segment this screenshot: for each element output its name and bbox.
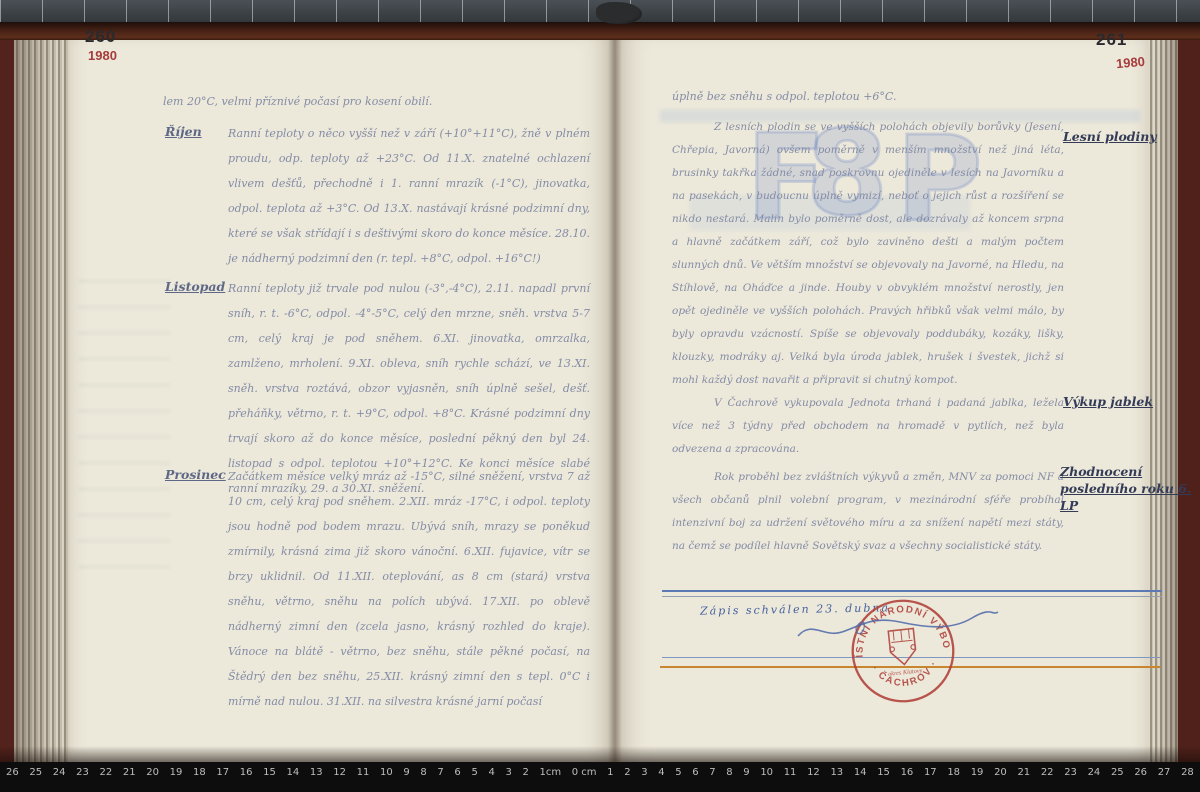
ruler-number: 7 (709, 767, 715, 778)
ruler-number: 17 (216, 767, 229, 778)
right-intro-line: úplně bez sněhu s odpol. teplotou +6°C. (672, 90, 896, 103)
page-bottom-shadow (0, 746, 1200, 762)
binder-clip (596, 2, 642, 24)
margin-heading-year-summary: Zhodnocení posledního roku 6. LP (1060, 463, 1194, 514)
book-gutter-shadow (608, 36, 622, 762)
ruler-number: 4 (488, 767, 494, 778)
right-page-number: 261 (1096, 30, 1127, 50)
left-page-year: 1980 (88, 48, 117, 63)
ruler-number: 10 (380, 767, 393, 778)
ruler-number: 8 (420, 767, 426, 778)
ruler-number: 19 (971, 767, 984, 778)
ruler-number: 16 (240, 767, 253, 778)
ruler-number: 20 (994, 767, 1007, 778)
section-text-october: Ranní teploty o něco vyšší než v září (+… (228, 121, 590, 271)
ruler-number: 8 (726, 767, 732, 778)
ruler-number: 11 (357, 767, 370, 778)
ruler-number: 5 (675, 767, 681, 778)
signature (792, 606, 1002, 650)
ruler-number: 15 (877, 767, 890, 778)
ruler-number: 20 (146, 767, 159, 778)
ruler-number: 21 (123, 767, 136, 778)
ruler-number: 3 (641, 767, 647, 778)
ruler-number: 4 (658, 767, 664, 778)
ruler-number: 13 (830, 767, 843, 778)
ruler-number: 7 (437, 767, 443, 778)
paragraph-year-summary: Rok proběhl bez zvláštních výkyvů a změn… (672, 466, 1064, 558)
ruler-number: 11 (784, 767, 797, 778)
section-text-december: Začátkem měsíce velký mráz až -15°C, sil… (228, 464, 590, 714)
ruler-number: 9 (403, 767, 409, 778)
ruler-number: 6 (454, 767, 460, 778)
ruler-number: 22 (1041, 767, 1054, 778)
ruler-number: 9 (743, 767, 749, 778)
ruler-number: 27 (1158, 767, 1171, 778)
ruler-number: 1cm (540, 767, 562, 778)
ruler-number: 5 (471, 767, 477, 778)
ruler-number: 25 (29, 767, 42, 778)
ruler-number: 13 (310, 767, 323, 778)
paragraph-apple-purchase: V Čachrově vykupovala Jednota trhaná i p… (672, 392, 1064, 461)
section-label-december: Prosinec (165, 467, 226, 482)
left-book-cover (0, 0, 14, 792)
bottom-ruler: 2625242322212019181716151413121110987654… (0, 762, 1200, 792)
ruler-number: 21 (1017, 767, 1030, 778)
ruler-number: 6 (692, 767, 698, 778)
ruler-number: 22 (100, 767, 113, 778)
ruler-number: 23 (1064, 767, 1077, 778)
ruler-number: 26 (1134, 767, 1147, 778)
book-scan-photo: F 8 P 260 1980 lem 20°C, velmi příznivé … (0, 0, 1200, 792)
section-label-october: Říjen (165, 124, 202, 139)
ruler-number: 1 (607, 767, 613, 778)
ruler-number: 24 (1088, 767, 1101, 778)
margin-heading-apple-purchase: Výkup jablek (1063, 393, 1197, 410)
ruler-number: 18 (193, 767, 206, 778)
ruler-number: 24 (53, 767, 66, 778)
ruler-number: 2 (522, 767, 528, 778)
left-page-edges (14, 0, 70, 792)
ruler-number: 15 (263, 767, 276, 778)
ruler-number: 2 (624, 767, 630, 778)
ruler-number: 25 (1111, 767, 1124, 778)
ruler-number: 3 (505, 767, 511, 778)
ruler-number: 10 (760, 767, 773, 778)
book-top-edge (0, 22, 1200, 40)
ruler-number: 14 (854, 767, 867, 778)
ruler-number: 16 (901, 767, 914, 778)
ruler-number: 26 (6, 767, 19, 778)
ruler-number: 0 cm (572, 767, 597, 778)
ruler-number: 14 (287, 767, 300, 778)
section-label-november: Listopad (165, 279, 225, 294)
left-intro-line: lem 20°C, velmi příznivé počasí pro kose… (163, 95, 432, 108)
right-page-year: 1980 (1115, 54, 1145, 71)
ruler-number: 19 (170, 767, 183, 778)
margin-heading-forest-fruits: Lesní plodiny (1063, 128, 1197, 145)
paragraph-forest-fruits: Z lesních plodin se ve vyšších polohách … (672, 116, 1064, 392)
ruler-number: 28 (1181, 767, 1194, 778)
ink-bleed-smudge (78, 280, 170, 580)
ruler-number: 17 (924, 767, 937, 778)
ruler-number: 23 (76, 767, 89, 778)
ruler-number: 12 (807, 767, 820, 778)
ruler-number: 18 (947, 767, 960, 778)
ruler-number: 12 (333, 767, 346, 778)
left-page-number: 260 (85, 27, 116, 47)
